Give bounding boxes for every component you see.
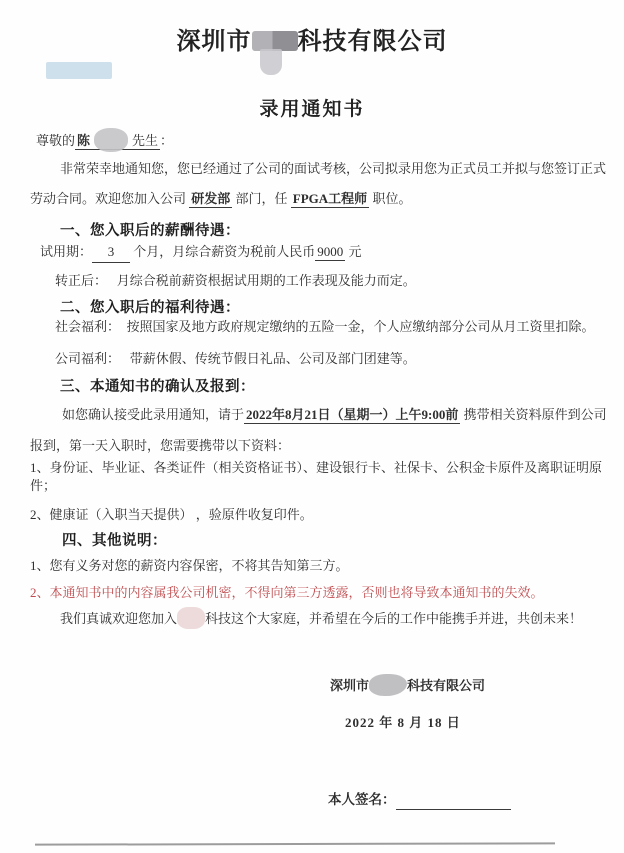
regular-label: 转正后： — [55, 273, 107, 288]
confirm-post: 携带相关资料原件到公司 — [464, 407, 607, 422]
social-welfare-label: 社会福利： — [55, 319, 120, 334]
signature-date: 2022 年 8 月 18 日 — [345, 714, 461, 732]
regular-salary-line: 转正后： 月综合税前薪资根据试用期的工作表现及能力而定。 — [55, 272, 416, 290]
personal-signature-blank — [396, 795, 511, 810]
social-welfare-text: 按照国家及地方政府规定缴纳的五险一金，个人应缴纳部分公司从月工资里扣除。 — [127, 319, 595, 334]
section3-heading: 三、本通知书的确认及报到： — [60, 377, 255, 397]
section2-heading: 二、您入职后的福利待遇： — [60, 298, 240, 318]
welcome-line: 我们真诚欢迎您加入科技这个大家庭，并希望在今后的工作中能携手并进，共创未来！ — [60, 607, 582, 629]
salutation-prefix: 尊敬的 — [36, 133, 75, 148]
salutation-colon: ： — [160, 133, 173, 148]
probation-months-value: 3 — [92, 243, 130, 263]
position-value: FPGA工程师 — [291, 191, 369, 208]
probation-mid: 个月，月综合薪资为税前人民币 — [133, 244, 315, 259]
bottom-divider — [35, 842, 555, 845]
confirm-line1: 如您确认接受此录用通知，请于2022年8月21日（星期一）上午9:00前 携带相… — [62, 406, 607, 424]
redaction-blob-blue — [46, 62, 112, 79]
probation-salary-value: 9000 — [315, 244, 345, 261]
welcome-post: 科技这个大家庭，并希望在今后的工作中能携手并进，共创未来！ — [205, 611, 582, 626]
company-title-suffix: 科技有限公司 — [298, 29, 448, 55]
intro-line1: 非常荣幸地通知您，您已经通过了公司的面试考核，公司拟录用您为正式员工并拟与您签订… — [60, 160, 606, 178]
social-welfare-line: 社会福利： 按照国家及地方政府规定缴纳的五险一金，个人应缴纳部分公司从月工资里扣… — [55, 318, 595, 336]
company-title: 深圳市科技有限公司 — [0, 26, 624, 60]
section4-heading: 四、其他说明： — [62, 531, 167, 551]
intro-line2: 劳动合同。欢迎您加入公司 研发部 部门，任 FPGA工程师 职位。 — [30, 190, 411, 208]
salutation-line: 尊敬的陈先生： — [36, 128, 173, 152]
company-welfare-label: 公司福利： — [55, 351, 120, 366]
probation-unit: 元 — [349, 244, 362, 259]
redaction-blob-company-title — [252, 31, 298, 51]
section1-heading: 一、您入职后的薪酬待遇： — [60, 221, 240, 241]
intro-line2-mid: 部门，任 — [236, 191, 288, 206]
document-item2: 2、健康证（入职当天提供） ，验原件收复印件。 — [30, 506, 313, 524]
welcome-pre: 我们真诚欢迎您加入 — [60, 611, 177, 626]
signature-company-prefix: 深圳市 — [330, 678, 369, 693]
redaction-blob-signature — [369, 674, 407, 696]
report-deadline-value: 2022年8月21日（星期一）上午9:00前 — [244, 407, 460, 424]
company-welfare-text: 带薪休假、传统节假日礼品、公司及部门团建等。 — [130, 351, 416, 366]
probation-line: 试用期：3 个月，月综合薪资为税前人民币9000 元 — [40, 243, 362, 263]
recipient-surname: 陈 — [75, 133, 92, 150]
document-item1-line2: 件； — [30, 477, 56, 495]
personal-signature-line: 本人签名： — [328, 791, 511, 810]
confirm-pre: 如您确认接受此录用通知，请于 — [62, 407, 244, 422]
company-title-prefix: 深圳市 — [177, 29, 252, 55]
other-item2-confidentiality: 2、本通知书中的内容属我公司机密，不得向第三方透露，否则也将导致本通知书的失效。 — [30, 584, 544, 602]
redaction-blob-welcome — [177, 607, 205, 629]
intro-line2-pre: 劳动合同。欢迎您加入公司 — [30, 191, 186, 206]
redaction-blob-given-name — [94, 128, 128, 152]
department-value: 研发部 — [189, 191, 232, 208]
offer-letter-page: 深圳市科技有限公司 录用通知书 尊敬的陈先生： 非常荣幸地通知您，您已经通过了公… — [0, 0, 624, 853]
confirm-line2: 报到，第一天入职时，您需要携带以下资料： — [30, 437, 290, 455]
signature-company-suffix: 科技有限公司 — [407, 678, 485, 693]
document-item1-line1: 1、身份证、毕业证、各类证件（相关资格证书）、建设银行卡、社保卡、公积金卡原件及… — [30, 459, 602, 477]
other-item1: 1、您有义务对您的薪资内容保密，不将其告知第三方。 — [30, 557, 349, 575]
salutation-honorific: 先生 — [130, 133, 160, 150]
intro-line2-post: 职位。 — [372, 191, 411, 206]
probation-label: 试用期： — [40, 244, 92, 259]
doc-title: 录用通知书 — [0, 97, 624, 124]
signature-company-line: 深圳市科技有限公司 — [330, 674, 485, 696]
personal-signature-label: 本人签名： — [328, 792, 396, 807]
redaction-blob-tail — [260, 49, 282, 75]
regular-text: 月综合税前薪资根据试用期的工作表现及能力而定。 — [117, 273, 416, 288]
company-welfare-line: 公司福利： 带薪休假、传统节假日礼品、公司及部门团建等。 — [55, 350, 416, 368]
redaction-blob-blue-halo — [38, 68, 122, 94]
